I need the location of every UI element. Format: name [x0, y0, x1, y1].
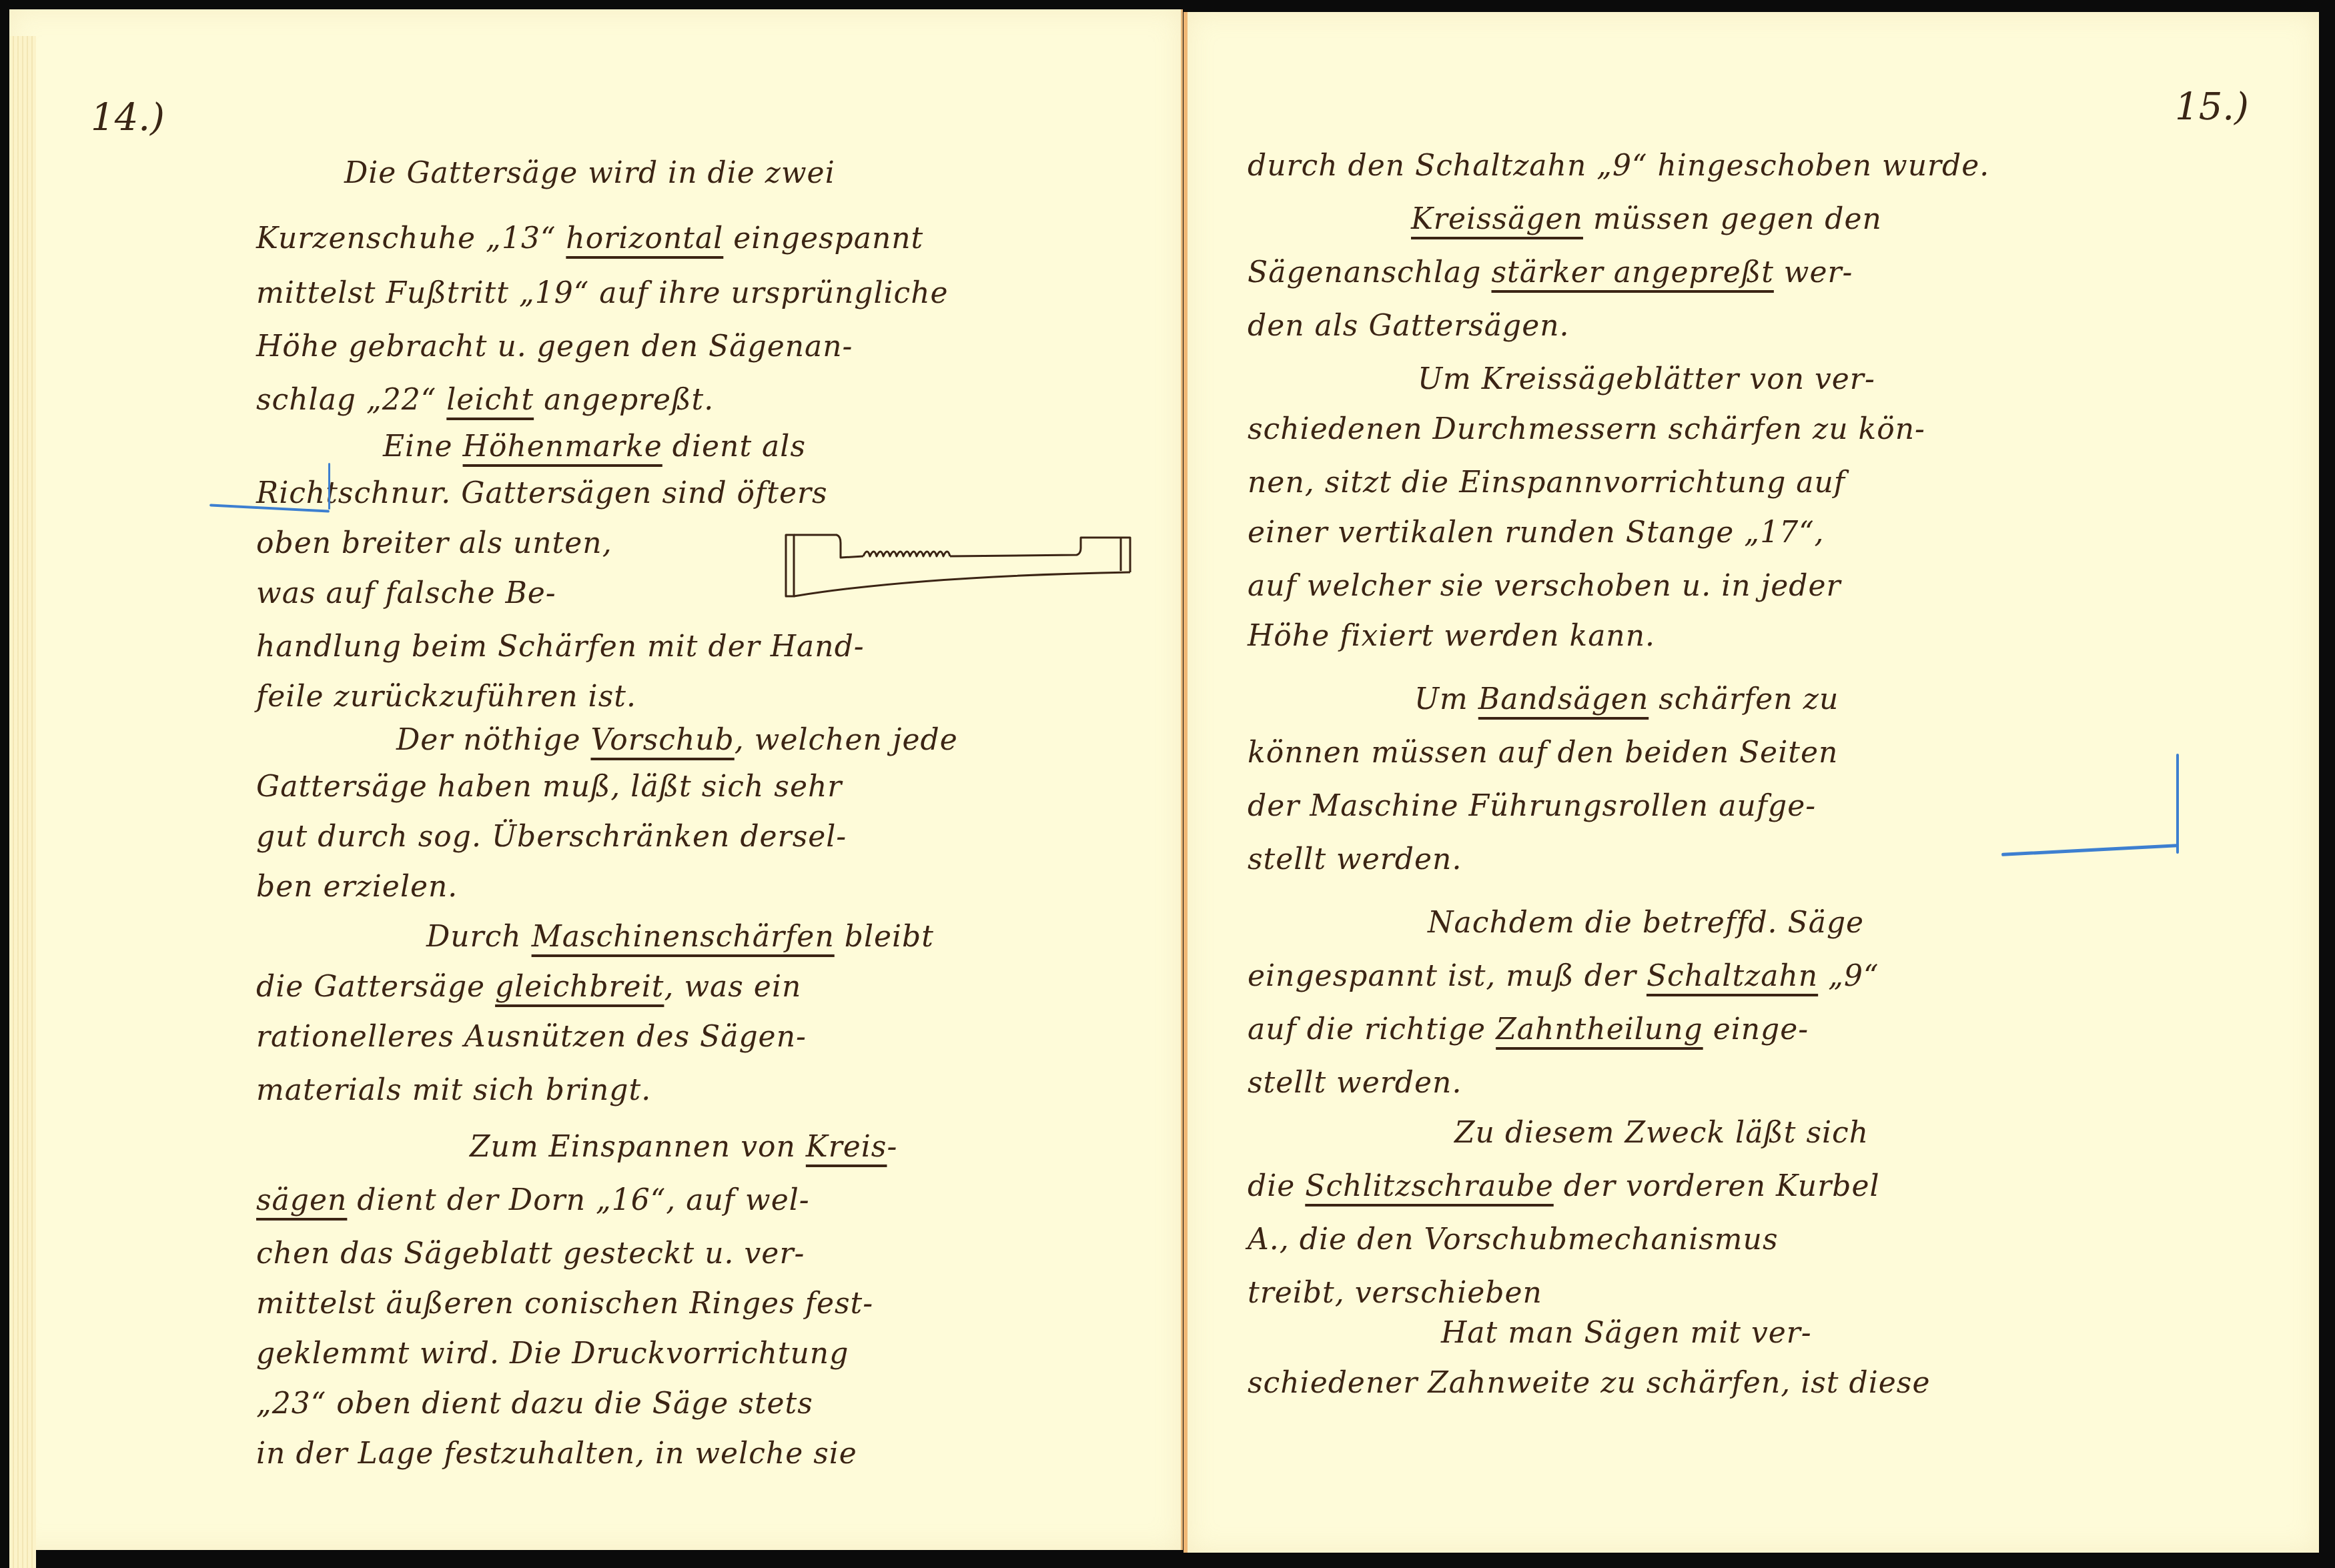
text-line: Die Gattersäge wird in die zwei — [344, 156, 835, 190]
text-line: Hat man Sägen mit ver- — [1441, 1316, 1812, 1350]
text-line: rationelleres Ausnützen des Sägen- — [256, 1020, 807, 1054]
text-line: den als Gattersägen. — [1248, 309, 1570, 343]
page-edges — [9, 36, 36, 1568]
text-line: eingespannt ist, muß der Schaltzahn „9“ — [1248, 959, 1879, 993]
text-line: Höhe gebracht u. gegen den Sägenan- — [256, 329, 853, 363]
text-line: Sägenanschlag stärker angepreßt wer- — [1248, 255, 1853, 289]
text-line: chen das Sägeblatt gesteckt u. ver- — [256, 1237, 805, 1271]
text-line: in der Lage festzuhalten, in welche sie — [256, 1437, 857, 1471]
right-page: 15.) durch den Schaltzahn „9“ hingeschob… — [1184, 12, 2319, 1553]
left-page: 14.) Die Gattersäge wird in die zwei Kur… — [9, 9, 1183, 1550]
text-line: Zum Einspannen von Kreis- — [470, 1130, 897, 1164]
text-line: die Schlitzschraube der vorderen Kurbel — [1248, 1169, 1880, 1203]
text-line: Zu diesem Zweck läßt sich — [1454, 1116, 1869, 1150]
text-line: Gattersäge haben muß, läßt sich sehr — [256, 770, 842, 804]
text-line: Durch Maschinenschärfen bleibt — [426, 920, 934, 954]
page-number-left: 14.) — [91, 96, 165, 139]
page-number-right: 15.) — [2175, 85, 2249, 129]
text-line: Der nöthige Vorschub, welchen jede — [396, 723, 958, 757]
text-line: die Gattersäge gleichbreit, was ein — [256, 970, 801, 1004]
text-line: schiedenen Durchmessern schärfen zu kön- — [1248, 412, 1925, 446]
text-line: Nachdem die betreffd. Säge — [1428, 906, 1864, 940]
text-line: „23“ oben dient dazu die Säge stets — [256, 1387, 813, 1421]
text-line: mittelst Fußtritt „19“ auf ihre ursprüng… — [256, 276, 949, 310]
text-line: stellt werden. — [1248, 1066, 1462, 1100]
saw-blade-sketch-icon — [783, 530, 1143, 603]
text-line: Kreissägen müssen gegen den — [1411, 202, 1882, 236]
text-line: durch den Schaltzahn „9“ hingeschoben wu… — [1248, 149, 1989, 183]
text-line: Richtschnur. Gattersägen sind öfters — [256, 476, 828, 510]
text-line: mittelst äußeren conischen Ringes fest- — [256, 1287, 873, 1321]
text-line: schiedener Zahnweite zu schärfen, ist di… — [1248, 1366, 1930, 1400]
text-line: auf die richtige Zahntheilung einge- — [1248, 1012, 1809, 1046]
text-line: Kurzenschuhe „13“ horizontal eingespannt — [256, 221, 923, 255]
text-line: ben erzielen. — [256, 870, 458, 904]
text-line: materials mit sich bringt. — [256, 1073, 651, 1107]
blue-pencil-mark — [328, 463, 330, 510]
text-line: nen, sitzt die Einspannvorrichtung auf — [1248, 466, 1845, 500]
blue-pencil-mark — [2176, 754, 2179, 854]
blue-pencil-mark — [2001, 844, 2179, 856]
text-line: Um Bandsägen schärfen zu — [1414, 682, 1839, 716]
text-line: was auf falsche Be- — [256, 576, 556, 610]
text-line: gut durch sog. Überschränken dersel- — [256, 820, 847, 854]
text-line: stellt werden. — [1248, 842, 1462, 876]
text-line: treibt, verschieben — [1248, 1276, 1542, 1310]
text-line: können müssen auf den beiden Seiten — [1248, 736, 1838, 770]
text-line: schlag „22“ leicht angepreßt. — [256, 383, 714, 417]
text-line: handlung beim Schärfen mit der Hand- — [256, 630, 865, 664]
text-line: geklemmt wird. Die Druckvorrichtung — [256, 1337, 849, 1371]
text-line: Höhe fixiert werden kann. — [1248, 619, 1655, 653]
text-line: Eine Höhenmarke dient als — [383, 430, 806, 464]
manuscript-spread: 14.) Die Gattersäge wird in die zwei Kur… — [0, 0, 2335, 1568]
text-line: einer vertikalen runden Stange „17“, — [1248, 516, 1825, 550]
text-line: A., die den Vorschubmechanismus — [1248, 1223, 1778, 1257]
text-line: auf welcher sie verschoben u. in jeder — [1248, 569, 1841, 603]
text-line: Um Kreissägeblätter von ver- — [1418, 362, 1875, 396]
text-line: sägen dient der Dorn „16“, auf wel- — [256, 1183, 810, 1217]
text-line: oben breiter als unten, — [256, 526, 612, 560]
text-line: feile zurückzuführen ist. — [256, 680, 636, 714]
text-line: der Maschine Führungsrollen aufge- — [1248, 789, 1816, 823]
